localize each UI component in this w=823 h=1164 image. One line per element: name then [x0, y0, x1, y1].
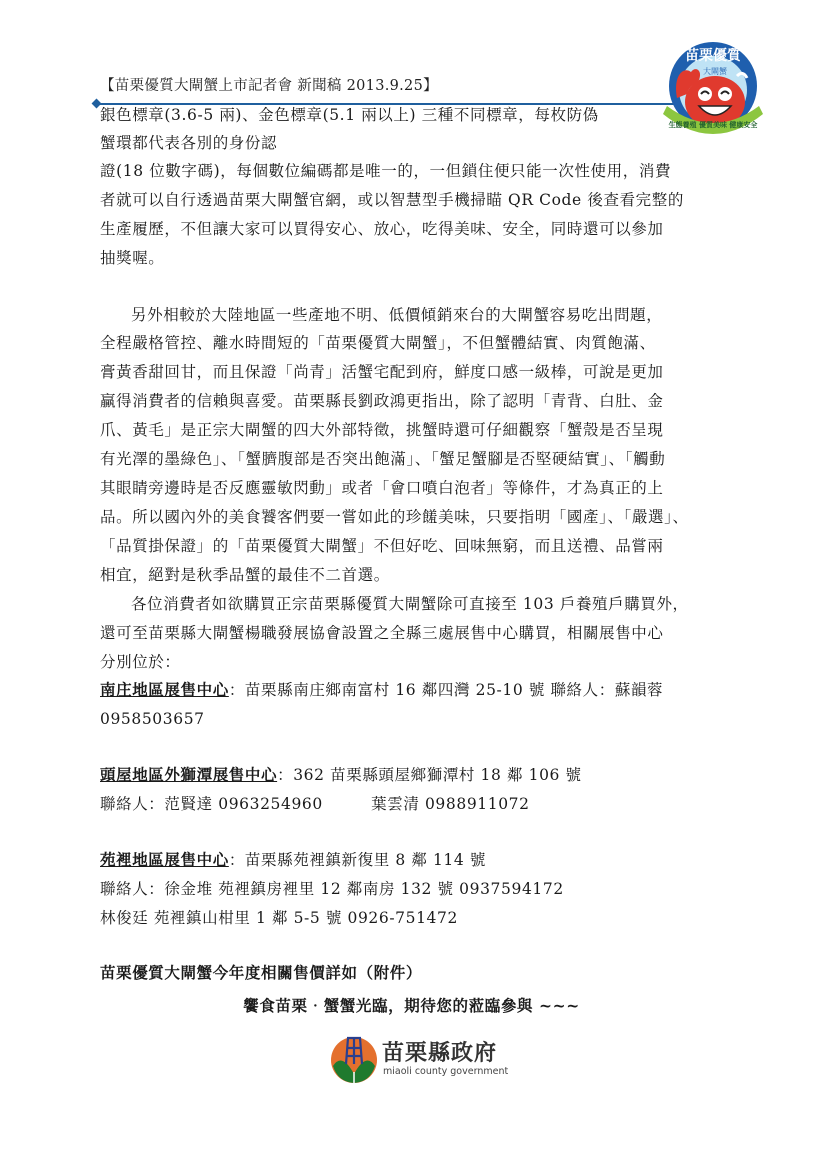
sales-center-touwu: 頭屋地區外獅潭展售中心：362 苗栗縣頭屋鄉獅潭村 18 鄰 106 號 — [100, 765, 582, 785]
body-line: 全程嚴格管控、離水時間短的「苗栗優質大閘蟹」，不但蟹體結實、肉質飽滿、 — [100, 333, 656, 353]
gov-name-en: miaoli county government — [383, 1066, 508, 1077]
county-emblem-icon — [330, 1032, 378, 1088]
crab-mascot-icon: 苗栗優質 大閘蟹 生態養殖 優質美味 健康安全 — [655, 36, 767, 144]
svg-text:生態養殖 優質美味 健康安全: 生態養殖 優質美味 健康安全 — [669, 120, 758, 129]
body-line: 「品質掛保證」的「苗栗優質大閘蟹」不但好吃、回味無窮，而且送禮、品嘗兩 — [100, 536, 664, 556]
sales-center-contact: 聯絡人：徐金堆 苑裡鎮房裡里 12 鄰南房 132 號 0937594172 — [100, 879, 564, 899]
press-release-page: 【苗栗優質大閘蟹上市記者會 新聞稿 2013.9.25】 苗栗優質 大閘蟹 生態… — [0, 0, 823, 1164]
body-line: 有光澤的墨綠色」、「蟹臍腹部是否突出飽滿」、「蟹足蟹腳是否堅硬結實」、「觸動 — [100, 449, 665, 469]
crab-mascot-logo: 苗栗優質 大閘蟹 生態養殖 優質美味 健康安全 — [655, 36, 767, 144]
gov-name-zh: 苗栗縣政府 — [382, 1036, 497, 1067]
sales-center-address: ：362 苗栗縣頭屋鄉獅潭村 18 鄰 106 號 — [277, 766, 582, 784]
body-line: 銀色標章(3.6-5 兩)、金色標章(5.1 兩以上) 三種不同標章，每枚防偽 — [100, 105, 599, 125]
sales-center-yuanli: 苑裡地區展售中心：苗栗縣苑裡鎮新復里 8 鄰 114 號 — [100, 850, 486, 870]
sales-center-name: 南庄地區展售中心 — [100, 680, 229, 699]
sales-center-address: ：苗栗縣苑裡鎮新復里 8 鄰 114 號 — [229, 851, 486, 869]
svg-text:苗栗優質: 苗栗優質 — [685, 47, 742, 64]
body-line: 爪、黃毛」是正宗大閘蟹的四大外部特徵，挑蟹時還可仔細觀察「蟹殼是否呈現 — [100, 420, 664, 440]
body-line: 分別位於： — [100, 652, 181, 672]
body-line: 另外相較於大陸地區一些產地不明、低價傾銷來台的大閘蟹容易吃出問題， — [131, 305, 662, 325]
sales-center-contact: 聯絡人：范賢達 0963254960 葉雲清 0988911072 — [100, 794, 530, 814]
body-line: 蟹環都代表各別的身份認 — [100, 133, 277, 153]
slogan: 饗食苗栗‧蟹蟹光臨，期待您的蒞臨參與 ~~~ — [0, 996, 823, 1016]
sales-center-contact: 林俊廷 苑裡鎮山柑里 1 鄰 5-5 號 0926-751472 — [100, 908, 458, 928]
body-line: 相宜，絕對是秋季品蟹的最佳不二首選。 — [100, 565, 390, 585]
body-line: 其眼睛旁邊時是否反應靈敏閃動」或者「會口噴白泡者」等條件，才為真正的上 — [100, 478, 664, 498]
body-line: 證(18 位數字碼)，每個數位編碼都是唯一的，一但鎖住便只能一次性使用，消費 — [100, 161, 671, 181]
sales-center-name: 苑裡地區展售中心 — [100, 850, 229, 869]
body-line: 贏得消費者的信賴與喜愛。苗栗縣長劉政鴻更指出，除了認明「青背、白肚、金 — [100, 391, 664, 411]
body-line: 還可至苗栗縣大閘蟹楊職發展協會設置之全縣三處展售中心購買，相關展售中心 — [100, 623, 664, 643]
price-note: 苗栗優質大閘蟹今年度相關售價詳如（附件） — [100, 963, 422, 983]
body-line: 者就可以自行透過苗栗大閘蟹官網，或以智慧型手機掃瞄 QR Code 後查看完整的 — [100, 190, 684, 210]
sales-center-address: ：苗栗縣南庄鄉南富村 16 鄰四灣 25-10 號 聯絡人：蘇韻蓉 — [229, 681, 663, 699]
body-line: 膏黃香甜回甘，而且保證「尚青」活蟹宅配到府，鮮度口感一級棒，可說是更加 — [100, 362, 664, 382]
svg-text:大閘蟹: 大閘蟹 — [703, 66, 727, 76]
sales-center-contact: 0958503657 — [100, 709, 205, 729]
sales-center-name: 頭屋地區外獅潭展售中心 — [100, 765, 277, 784]
body-line: 抽獎喔。 — [100, 248, 164, 268]
miaoli-county-government-logo: 苗栗縣政府 miaoli county government — [330, 1030, 510, 1090]
body-line: 生產履歷，不但讓大家可以買得安心、放心，吃得美味、安全，同時還可以參加 — [100, 219, 664, 239]
press-release-header: 【苗栗優質大閘蟹上市記者會 新聞稿 2013.9.25】 — [100, 74, 438, 95]
sales-center-nanzhuang: 南庄地區展售中心：苗栗縣南庄鄉南富村 16 鄰四灣 25-10 號 聯絡人：蘇韻… — [100, 680, 663, 700]
body-line: 各位消費者如欲購買正宗苗栗縣優質大閘蟹除可直接至 103 戶養殖戶購買外， — [131, 594, 689, 614]
body-line: 品。所以國內外的美食饕客們要一嘗如此的珍饈美味，只要指明「國產」、「嚴選」、 — [100, 507, 689, 527]
